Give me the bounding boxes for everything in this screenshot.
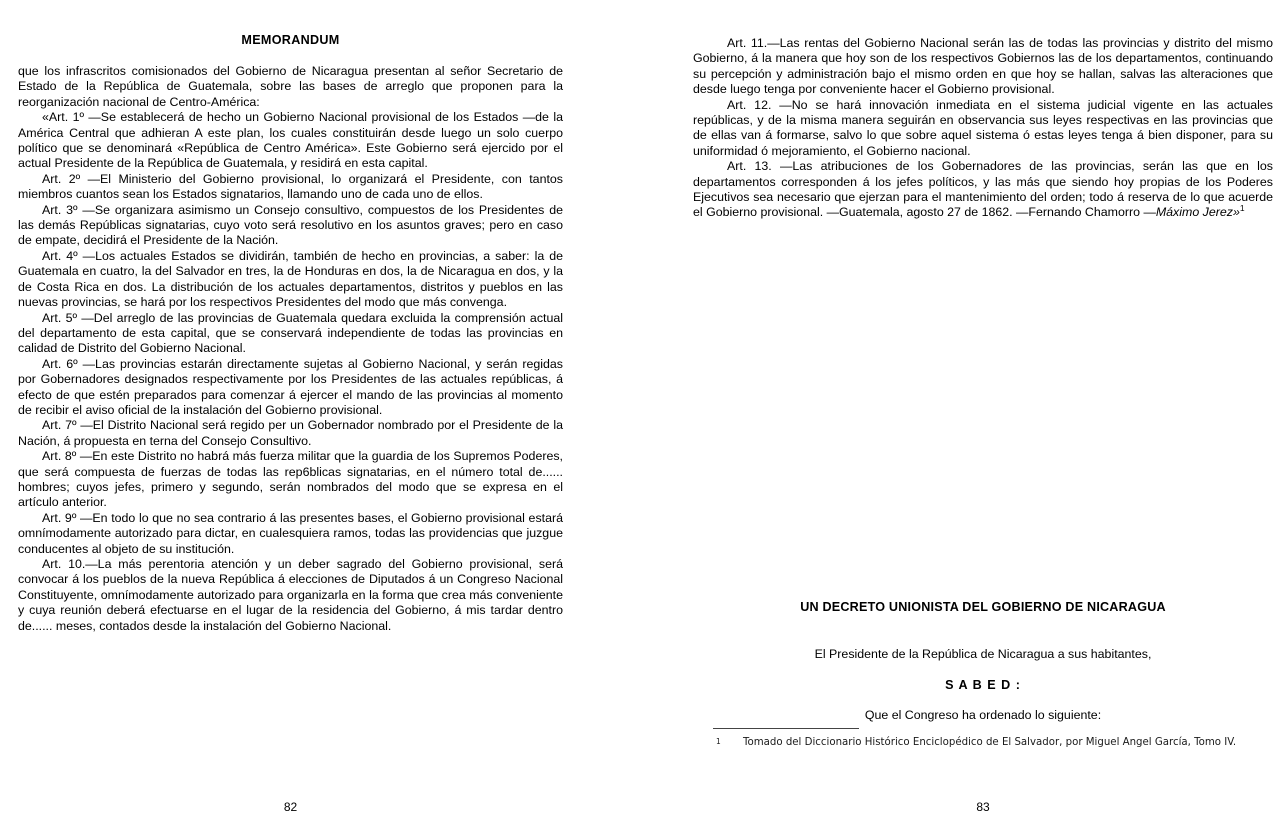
footnote-divider — [713, 728, 859, 729]
paragraph-art-12: Art. 12. —No se hará innovación inmediat… — [693, 98, 1273, 160]
paragraph-art-6: Art. 6º —Las provincias estarán directam… — [18, 357, 563, 419]
paragraph-art-3: Art. 3º —Se organizara asimismo un Conse… — [18, 203, 563, 249]
paragraph-art-1: «Art. 1º —Se establecerá de hecho un Gob… — [18, 110, 563, 172]
footnote-body: 1 Tomado del Diccionario Histórico Encic… — [713, 736, 1258, 751]
right-page-number: 83 — [693, 800, 1273, 814]
decree-congress-line: Que el Congreso ha ordenado lo siguiente… — [693, 708, 1273, 722]
footnote-reference-1: 1 — [1240, 203, 1245, 213]
paragraph-art-7: Art. 7º —El Distrito Nacional será regid… — [18, 418, 563, 449]
decree-heading: UN DECRETO UNIONISTA DEL GOBIERNO DE NIC… — [693, 600, 1273, 614]
decree-sabed: S A B E D : — [693, 678, 1273, 692]
left-page: MEMORANDUM que los infrascritos comision… — [18, 33, 563, 634]
paragraph-art-5: Art. 5º —Del arreglo de las provincias d… — [18, 311, 563, 357]
paragraph-art-9: Art. 9º —En todo lo que no sea contrario… — [18, 511, 563, 557]
memorandum-title: MEMORANDUM — [18, 33, 563, 47]
footnote-text: Tomado del Diccionario Histórico Enciclo… — [743, 737, 1236, 748]
paragraph-art-10: Art. 10.—La más perentoria atención y un… — [18, 557, 563, 634]
intro-paragraph: que los infrascritos comisionados del Go… — [18, 64, 563, 110]
decree-salutation: El Presidente de la República de Nicarag… — [693, 647, 1273, 661]
decree-section: UN DECRETO UNIONISTA DEL GOBIERNO DE NIC… — [693, 600, 1273, 722]
right-page: Art. 11.—Las rentas del Gobierno Naciona… — [693, 36, 1273, 221]
paragraph-art-2: Art. 2º —El Ministerio del Gobierno prov… — [18, 172, 563, 203]
footnote-marker: 1 — [716, 735, 721, 750]
left-page-number: 82 — [18, 800, 563, 814]
art-13-signature-italic: Máximo Jerez» — [1156, 205, 1240, 219]
footnote: 1 Tomado del Diccionario Histórico Encic… — [713, 728, 1258, 751]
book-spread: MEMORANDUM que los infrascritos comision… — [0, 0, 1280, 836]
paragraph-art-11: Art. 11.—Las rentas del Gobierno Naciona… — [693, 36, 1273, 98]
paragraph-art-13: Art. 13. —Las atribuciones de los Gobern… — [693, 159, 1273, 221]
paragraph-art-8: Art. 8º —En este Distrito no habrá más f… — [18, 449, 563, 511]
paragraph-art-4: Art. 4º —Los actuales Estados se dividir… — [18, 249, 563, 311]
